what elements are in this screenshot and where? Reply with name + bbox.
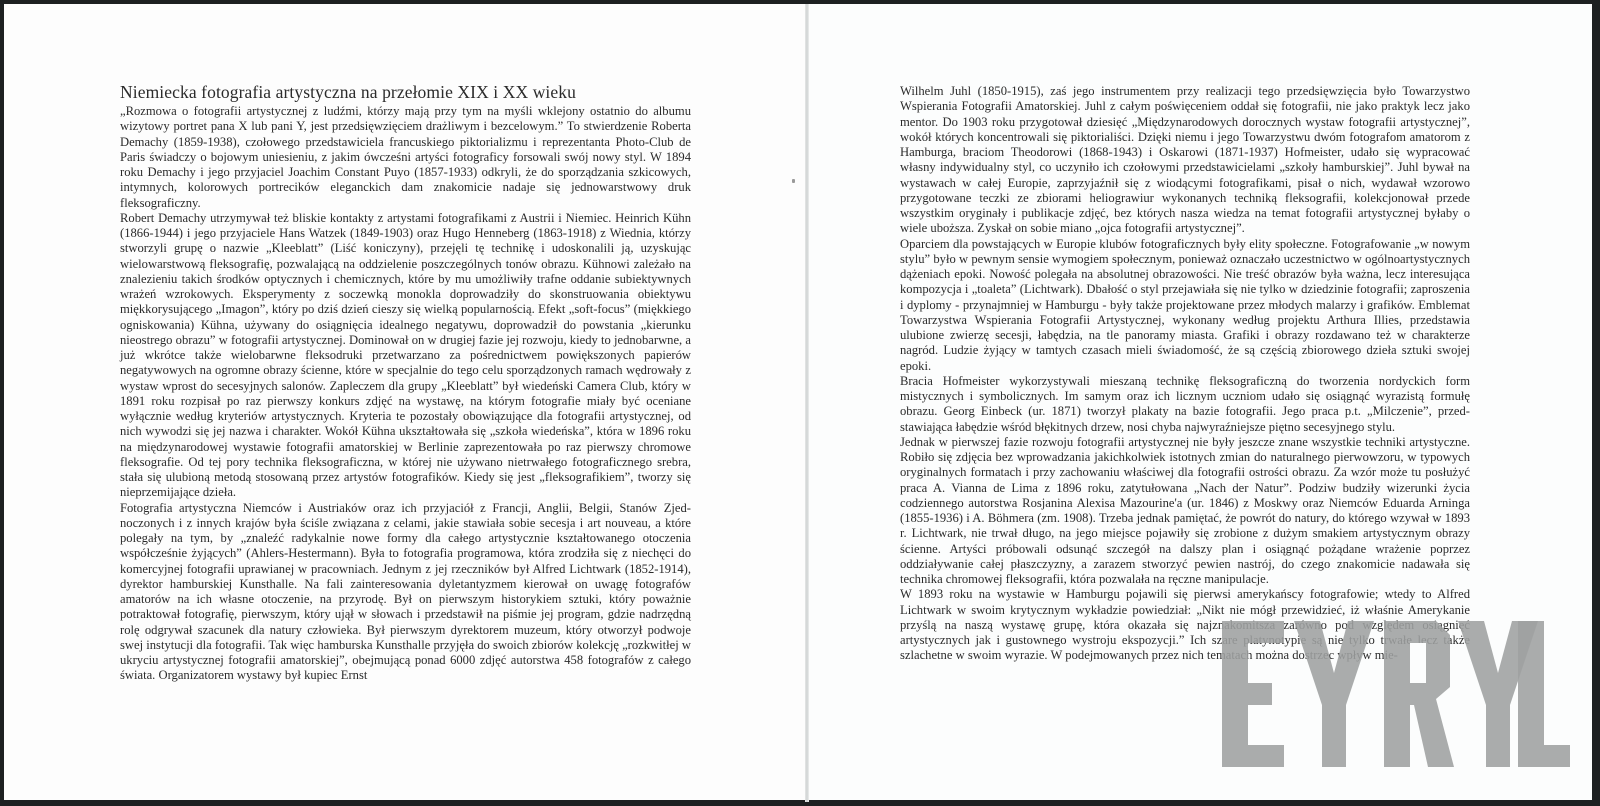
left-page-text: „Rozmowa o fotografii artystycznej z lud… [120,104,691,684]
left-page: Niemiecka fotografia artystyczna na prze… [4,4,805,800]
paragraph: Oparciem dla powstających w Europie klub… [900,237,1470,374]
book-spread: Niemiecka fotografia artystyczna na prze… [4,4,1596,802]
right-page-text: Wilhelm Juhl (1850-1915), zaś jego instr… [900,84,1470,664]
paragraph: Wilhelm Juhl (1850-1915), zaś jego instr… [900,84,1470,237]
article-title: Niemiecka fotografia artystyczna na prze… [120,82,576,103]
paragraph: Bracia Hofmeister wykorzystywali mieszan… [900,374,1470,435]
paragraph: Jednak w pierwszej fazie rozwoju fotogra… [900,435,1470,588]
paragraph: Fotografia artystyczna Niemców i Austria… [120,501,691,684]
paragraph: Robert Demachy utrzymywał też bliskie ko… [120,211,691,501]
paragraph: „Rozmowa o fotografii artystycznej z lud… [120,104,691,211]
right-page: Wilhelm Juhl (1850-1915), zaś jego instr… [809,4,1592,800]
paragraph: W 1893 roku na wystawie w Hamburgu pojaw… [900,587,1470,663]
print-speck [792,179,795,183]
